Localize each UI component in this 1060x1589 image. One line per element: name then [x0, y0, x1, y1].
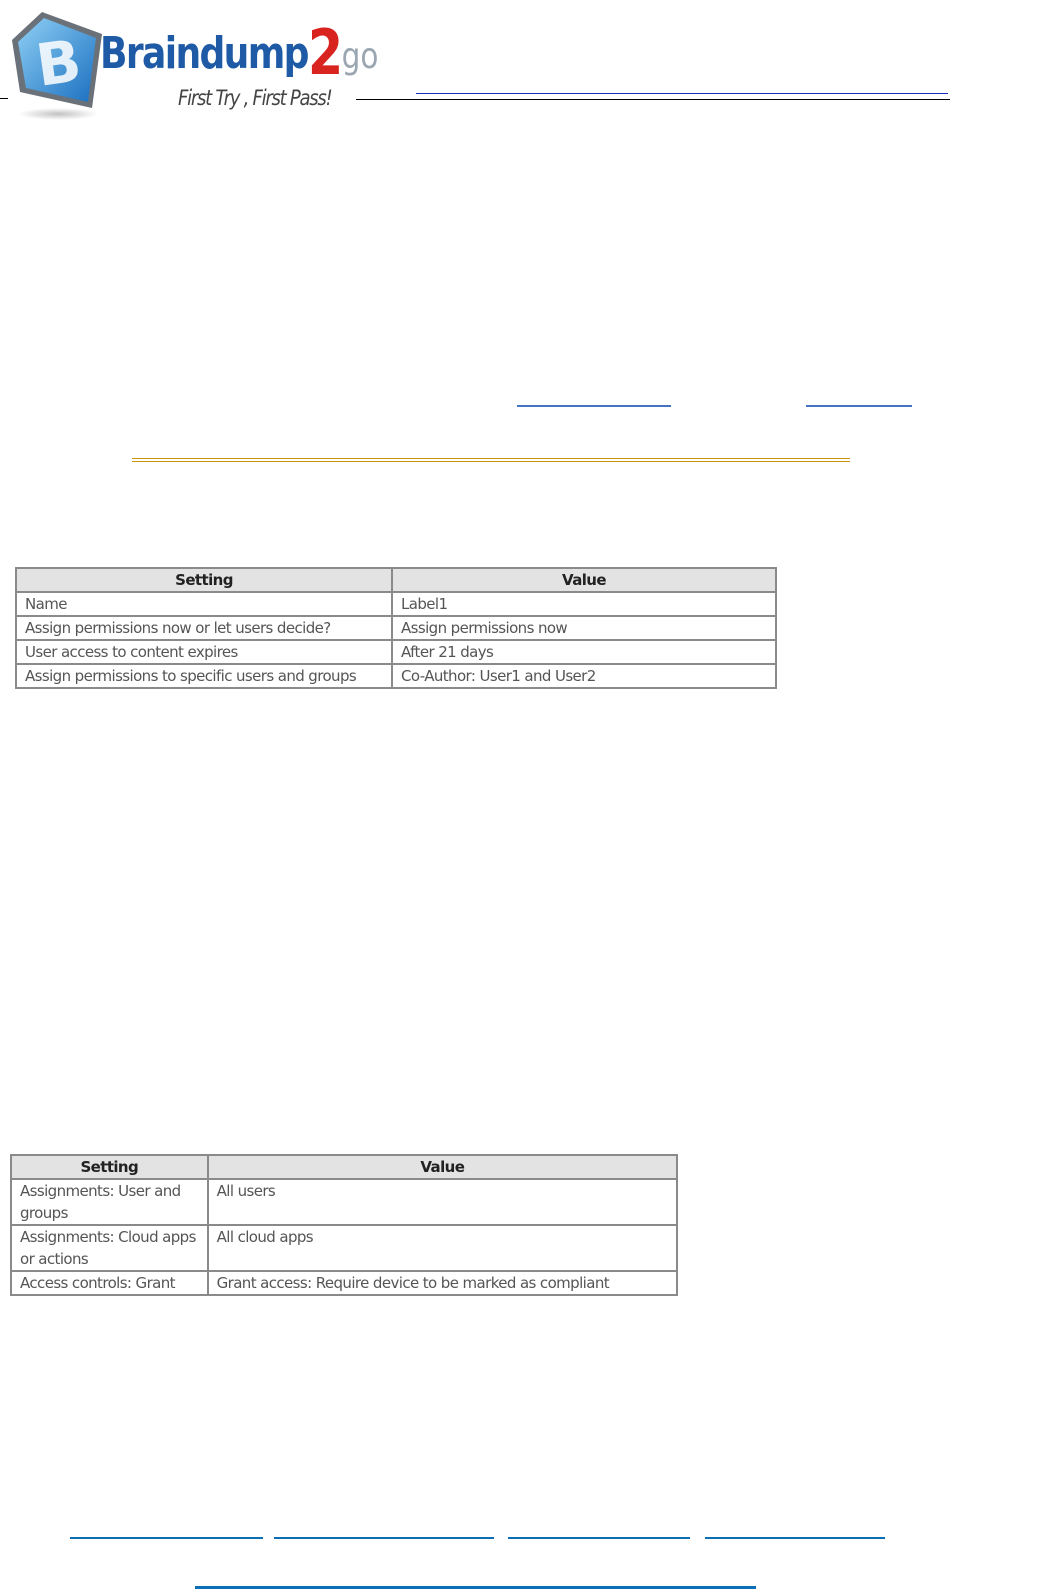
reference-link-2[interactable] [274, 1537, 494, 1539]
value-cell: Assign permissions now [392, 616, 776, 640]
svg-text:B: B [32, 26, 85, 99]
table-row: User access to content expires After 21 … [16, 640, 776, 664]
table-row: Assignments: User and groups All users [11, 1179, 677, 1225]
header-link[interactable] [416, 93, 948, 94]
brand-name: Braindump2go [100, 16, 378, 78]
setting-cell: User access to content expires [16, 640, 392, 664]
value-cell: Grant access: Require device to be marke… [208, 1271, 677, 1295]
label-settings-table: Setting Value Name Label1 Assign permiss… [15, 567, 777, 689]
header-rule-left [0, 98, 8, 99]
setting-cell: Assign permissions to specific users and… [16, 664, 392, 688]
value-cell: All cloud apps [208, 1225, 677, 1271]
setting-cell: Assignments: Cloud apps or actions [11, 1225, 208, 1271]
value-cell: After 21 days [392, 640, 776, 664]
inline-link-2[interactable] [806, 405, 912, 407]
table-row: Assign permissions to specific users and… [16, 664, 776, 688]
reference-link-3[interactable] [508, 1537, 690, 1539]
setting-cell: Assign permissions now or let users deci… [16, 616, 392, 640]
inline-link-1[interactable] [517, 405, 671, 407]
brand-tagline: First Try , First Pass! [178, 86, 331, 110]
brand-suffix: go [342, 36, 379, 77]
table-header-row: Setting Value [11, 1155, 677, 1179]
policy-settings-table: Setting Value Assignments: User and grou… [10, 1154, 678, 1296]
braindump-badge-icon: B [12, 10, 104, 120]
table-row: Name Label1 [16, 592, 776, 616]
setting-cell: Access controls: Grant [11, 1271, 208, 1295]
header-rule-right [356, 99, 950, 100]
table-row: Access controls: Grant Grant access: Req… [11, 1271, 677, 1295]
reference-link-1[interactable] [70, 1537, 263, 1539]
table-header-row: Setting Value [16, 568, 776, 592]
column-header-setting: Setting [16, 568, 392, 592]
table-row: Assign permissions now or let users deci… [16, 616, 776, 640]
value-cell: Co-Author: User1 and User2 [392, 664, 776, 688]
column-header-value: Value [392, 568, 776, 592]
brand-prefix: Braindump [100, 28, 308, 79]
reference-link-4[interactable] [705, 1537, 885, 1539]
setting-cell: Assignments: User and groups [11, 1179, 208, 1225]
column-header-setting: Setting [11, 1155, 208, 1179]
value-cell: All users [208, 1179, 677, 1225]
value-cell: Label1 [392, 592, 776, 616]
table-row: Assignments: Cloud apps or actions All c… [11, 1225, 677, 1271]
setting-cell: Name [16, 592, 392, 616]
column-header-value: Value [208, 1155, 677, 1179]
brand-number: 2 [308, 16, 342, 89]
section-divider [132, 458, 850, 464]
